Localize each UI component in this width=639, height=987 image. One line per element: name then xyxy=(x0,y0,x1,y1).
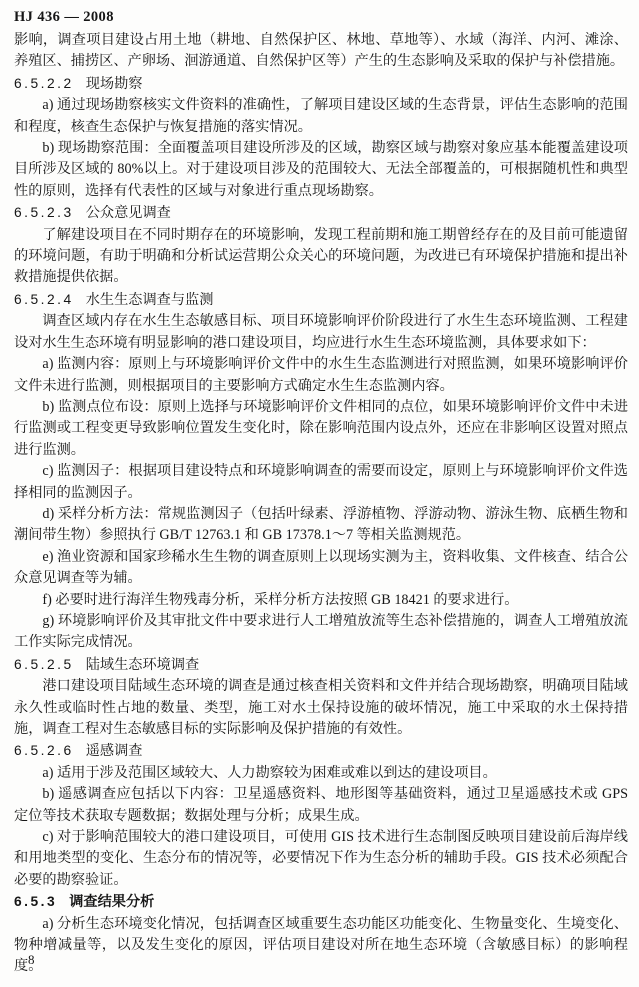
document-body: 影响，调查项目建设占用土地（耕地、自然保护区、林地、草地等）、水域（海洋、内河、… xyxy=(14,30,628,978)
section-number: 6.5.3 xyxy=(14,894,57,909)
section-number: 6.5.2.4 xyxy=(14,292,74,307)
list-item-e: e) 渔业资源和国家珍稀水生生物的调查原则上以现场实测为主，资料收集、文件核查、… xyxy=(14,547,628,590)
list-item-b: b) 现场勘察范围：全面覆盖项目建设所涉及的区域，勘察区域与勘察对象应基本能覆盖… xyxy=(14,138,628,202)
section-heading-6-5-2-5: 6.5.2.5陆域生态环境调查 xyxy=(14,654,628,676)
page-number: 8 xyxy=(28,952,35,968)
list-item-b: b) 遥感调查应包括以下内容：卫星遥感资料、地形图等基础资料，通过卫星遥感技术或… xyxy=(14,784,628,827)
section-title: 公众意见调查 xyxy=(86,205,171,221)
list-item-a: a) 监测内容：原则上与环境影响评价文件中的水生生态监测进行对照监测，如果环境影… xyxy=(14,354,628,397)
list-item-a: a) 分析生态环境变化情况，包括调查区域重要生态功能区功能变化、生物量变化、生境… xyxy=(14,914,628,978)
paragraph-continuation: 影响，调查项目建设占用土地（耕地、自然保护区、林地、草地等）、水域（海洋、内河、… xyxy=(14,30,628,73)
section-heading-6-5-2-2: 6.5.2.2现场勘察 xyxy=(14,73,628,95)
section-title: 陆域生态环境调查 xyxy=(86,657,200,673)
list-item-f: f) 必要时进行海洋生物残毒分析，采样分析方法按照 GB 18421 的要求进行… xyxy=(14,590,628,611)
list-item-b: b) 监测点位布设：原则上选择与环境影响评价文件相同的点位，如果环境影响评价文件… xyxy=(14,397,628,461)
section-number: 6.5.2.2 xyxy=(14,76,74,91)
section-number: 6.5.2.5 xyxy=(14,657,74,672)
document-page: HJ 436 — 2008 影响，调查项目建设占用土地（耕地、自然保护区、林地、… xyxy=(0,0,639,987)
section-heading-6-5-2-3: 6.5.2.3公众意见调查 xyxy=(14,202,628,224)
section-title: 调查结果分析 xyxy=(69,894,154,910)
section-title: 水生生态调查与监测 xyxy=(86,292,214,308)
list-item-c: c) 对于影响范围较大的港口建设项目，可使用 GIS 技术进行生态制图反映项目建… xyxy=(14,827,628,891)
section-heading-6-5-2-6: 6.5.2.6遥感调查 xyxy=(14,740,628,762)
section-number: 6.5.2.3 xyxy=(14,205,74,220)
section-heading-6-5-2-4: 6.5.2.4水生生态调查与监测 xyxy=(14,289,628,311)
section-number: 6.5.2.6 xyxy=(14,743,74,758)
section-heading-6-5-3: 6.5.3调查结果分析 xyxy=(14,891,628,913)
section-title: 遥感调查 xyxy=(86,743,143,759)
paragraph: 调查区域内存在水生生态敏感目标、项目环境影响评价阶段进行了水生生态环境监测、工程… xyxy=(14,311,628,354)
section-title: 现场勘察 xyxy=(86,76,143,92)
list-item-c: c) 监测因子：根据项目建设特点和环境影响调查的需要而设定，原则上与环境影响评价… xyxy=(14,461,628,504)
list-item-d: d) 采样分析方法：常规监测因子（包括叶绿素、浮游植物、浮游动物、游泳生物、底栖… xyxy=(14,504,628,547)
list-item-g: g) 环境影响评价及其审批文件中要求进行人工增殖放流等生态补偿措施的，调查人工增… xyxy=(14,611,628,654)
paragraph: 港口建设项目陆域生态环境的调查是通过核查相关资料和文件并结合现场勘察，明确项目陆… xyxy=(14,676,628,740)
paragraph: 了解建设项目在不同时期存在的环境影响，发现工程前期和施工期曾经存在的及目前可能遗… xyxy=(14,225,628,289)
list-item-a: a) 适用于涉及范围区域较大、人力勘察较为困难或难以到达的建设项目。 xyxy=(14,763,628,784)
list-item-a: a) 通过现场勘察核实文件资料的准确性，了解项目建设区域的生态背景，评估生态影响… xyxy=(14,95,628,138)
document-code-header: HJ 436 — 2008 xyxy=(14,9,114,26)
